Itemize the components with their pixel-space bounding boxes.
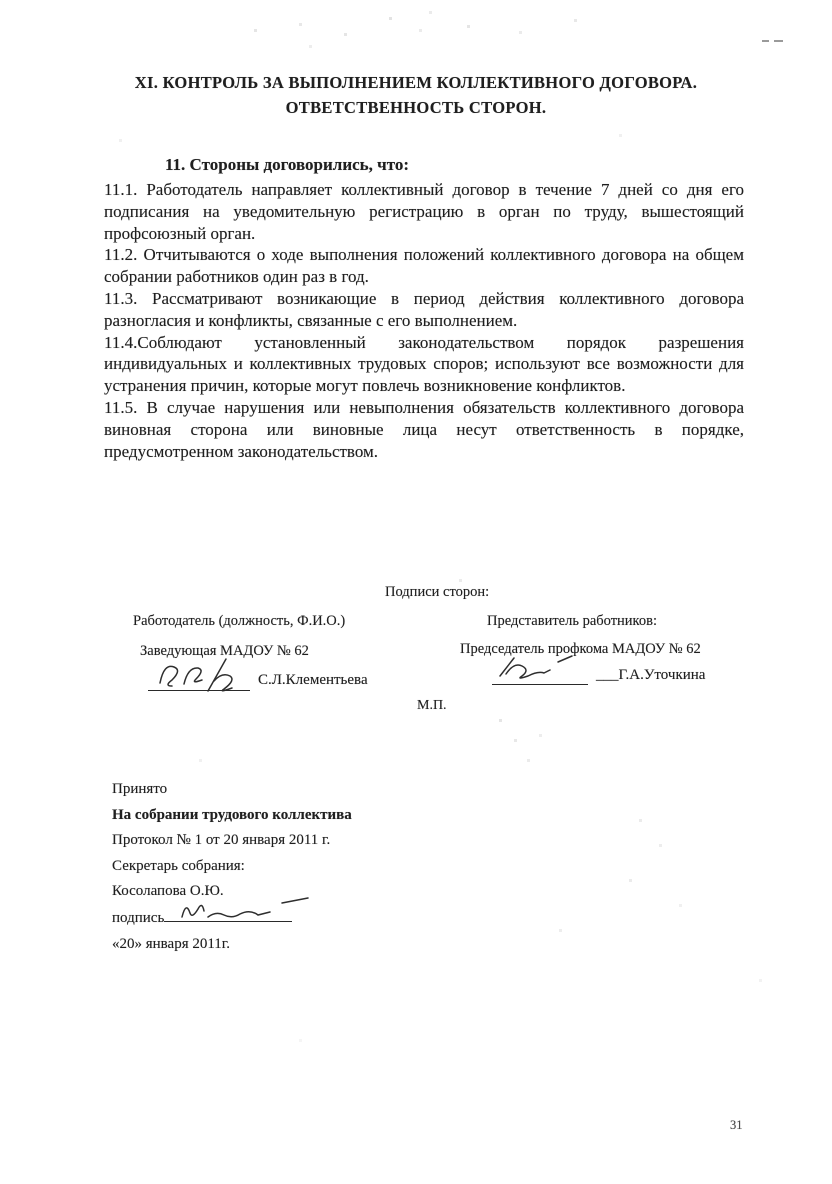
adoption-line-2: На собрании трудового коллектива <box>112 807 352 823</box>
adoption-line-1: Принято <box>112 781 352 797</box>
employer-signature-line <box>148 690 250 691</box>
scanned-document-page: XI. КОНТРОЛЬ ЗА ВЫПОЛНЕНИЕМ КОЛЛЕКТИВНОГ… <box>0 0 832 1184</box>
document-title: XI. КОНТРОЛЬ ЗА ВЫПОЛНЕНИЕМ КОЛЛЕКТИВНОГ… <box>0 70 832 120</box>
paragraph-11-3: 11.3. Рассматривают возникающие в период… <box>104 288 744 332</box>
signature-label: подпись <box>112 910 164 926</box>
employees-signature-line <box>492 684 588 685</box>
employees-name: ___Г.А.Уточкина <box>596 667 705 684</box>
signatures-heading: Подписи сторон: <box>385 584 489 601</box>
paragraph-11-5: 11.5. В случае нарушения или невыполнени… <box>104 397 744 462</box>
document-title-line2: ОТВЕТСТВЕННОСТЬ СТОРОН. <box>0 95 832 120</box>
paragraph-11-4: 11.4.Соблюдают установленный законодател… <box>104 332 744 397</box>
body-text: 11.1. Работодатель направляет коллективн… <box>104 179 744 462</box>
section-heading: 11. Стороны договорились, что: <box>165 155 409 175</box>
adoption-block: Принято На собрании трудового коллектива… <box>112 781 352 952</box>
employees-role-label: Представитель работников: <box>487 613 657 630</box>
employees-signature <box>492 650 592 686</box>
stamp-place-label: М.П. <box>417 698 447 714</box>
document-title-line1: XI. КОНТРОЛЬ ЗА ВЫПОЛНЕНИЕМ КОЛЛЕКТИВНОГ… <box>0 70 832 95</box>
secretary-signature <box>174 891 344 925</box>
page-number: 31 <box>730 1118 743 1133</box>
adoption-line-3: Протокол № 1 от 20 января 2011 г. <box>112 832 352 848</box>
scan-artifact-dash <box>774 40 783 42</box>
adoption-date: «20» января 2011г. <box>112 936 352 952</box>
adoption-line-4: Секретарь собрания: <box>112 858 352 874</box>
scan-artifact-dash <box>762 40 769 42</box>
employer-signature <box>150 655 260 695</box>
secretary-signature-row: подпись <box>112 909 352 926</box>
paragraph-11-2: 11.2. Отчитываются о ходе выполнения пол… <box>104 244 744 288</box>
employer-role-label: Работодатель (должность, Ф.И.О.) <box>133 613 345 630</box>
scan-noise-specks <box>0 0 1 1</box>
employer-name: С.Л.Клементьева <box>258 672 368 689</box>
paragraph-11-1: 11.1. Работодатель направляет коллективн… <box>104 179 744 244</box>
